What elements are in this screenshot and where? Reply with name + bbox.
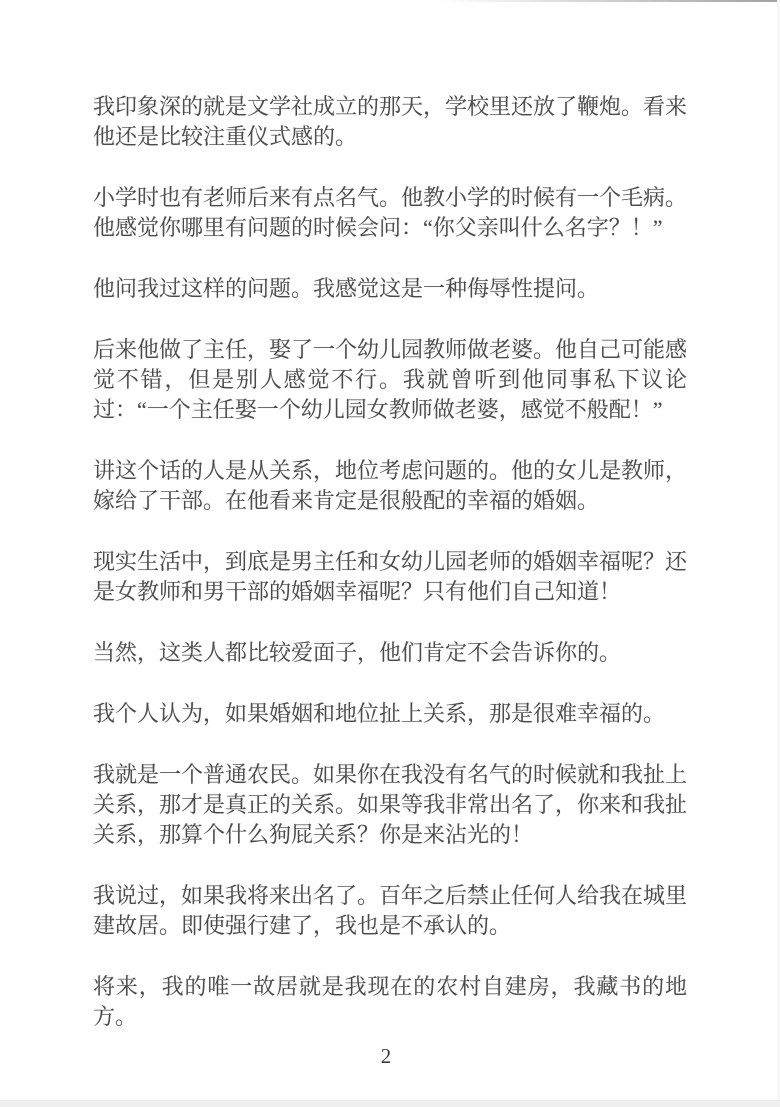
paragraph-4: 后来他做了主任，娶了一个幼儿园教师做老婆。他自己可能感觉不错，但是别人感觉不行。… bbox=[93, 335, 687, 425]
paragraph-10: 我说过，如果我将来出名了。百年之后禁止任何人给我在城里建故居。即使强行建了，我也… bbox=[93, 881, 687, 941]
page-number: 2 bbox=[0, 1044, 772, 1068]
paragraph-8: 我个人认为，如果婚姻和地位扯上关系，那是很难幸福的。 bbox=[93, 699, 687, 729]
scan-top-edge-line bbox=[440, 0, 780, 2]
paragraph-7: 当然，这类人都比较爱面子，他们肯定不会告诉你的。 bbox=[93, 638, 687, 668]
scanned-document-page: 我印象深的就是文学社成立的那天，学校里还放了鞭炮。看来他还是比较注重仪式感的。 … bbox=[0, 0, 780, 1107]
paragraph-6: 现实生活中，到底是男主任和女幼儿园老师的婚姻幸福呢？还是女教师和男干部的婚姻幸福… bbox=[93, 547, 687, 607]
paragraph-11: 将来，我的唯一故居就是我现在的农村自建房，我藏书的地方。 bbox=[93, 972, 687, 1032]
paragraph-5: 讲这个话的人是从关系，地位考虑问题的。他的女儿是教师，嫁给了干部。在他看来肯定是… bbox=[93, 456, 687, 516]
paragraph-1: 我印象深的就是文学社成立的那天，学校里还放了鞭炮。看来他还是比较注重仪式感的。 bbox=[93, 92, 687, 152]
paragraph-3: 他问我过这样的问题。我感觉这是一种侮辱性提问。 bbox=[93, 274, 687, 304]
scan-bottom-edge bbox=[0, 1100, 780, 1107]
paragraph-9: 我就是一个普通农民。如果你在我没有名气的时候就和我扯上关系，那才是真正的关系。如… bbox=[93, 760, 687, 850]
paragraph-2: 小学时也有老师后来有点名气。他教小学的时候有一个毛病。他感觉你哪里有问题的时候会… bbox=[93, 183, 687, 243]
page-text-block: 我印象深的就是文学社成立的那天，学校里还放了鞭炮。看来他还是比较注重仪式感的。 … bbox=[93, 92, 687, 1032]
